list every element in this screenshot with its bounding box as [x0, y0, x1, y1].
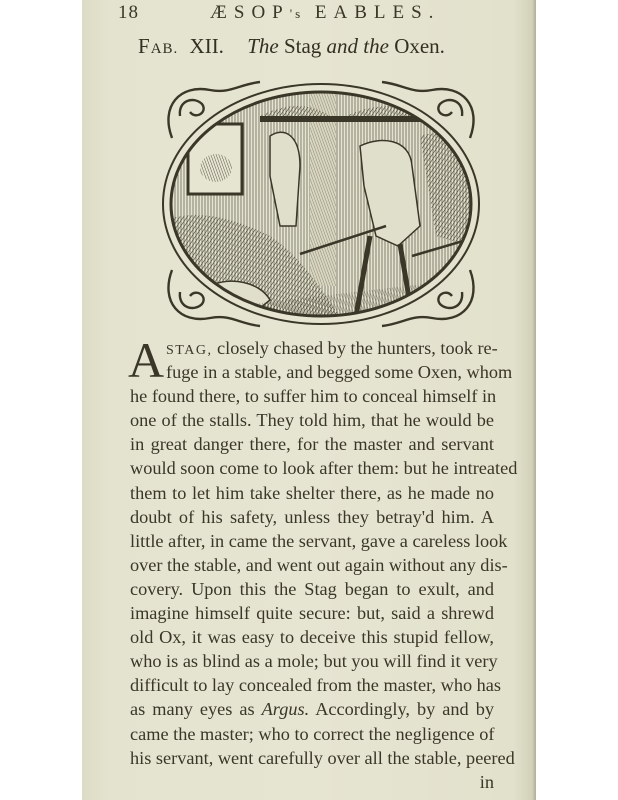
text-line: his servant, went carefully over all the… — [130, 746, 494, 770]
drop-cap: A — [128, 338, 164, 382]
text-line: fuge in a stable, and begged some Oxen, … — [130, 360, 494, 384]
small-caps-word: STAG, — [166, 343, 212, 358]
text-line: in great danger there, for the master an… — [130, 432, 494, 456]
text-line: came the master; who to correct the negl… — [130, 722, 494, 746]
text-line: difficult to lay concealed from the mast… — [130, 673, 494, 697]
book-page: 18 ÆSOP's EABLES. FAB. XII. The Stag and… — [82, 0, 536, 800]
fable-label: FAB. — [138, 34, 178, 58]
fable-title: FAB. XII. The Stag and the Oxen. — [138, 34, 516, 62]
text-line: one of the stalls. They told him, that h… — [130, 408, 494, 432]
catchword: in — [130, 772, 494, 793]
text-line: as many eyes as Argus. Accordingly, by a… — [130, 697, 494, 721]
text-line: doubt of his safety, unless they betray'… — [130, 505, 494, 529]
text-line: who is as blind as a mole; but you will … — [130, 649, 494, 673]
text-line: he found there, to suffer him to conceal… — [130, 384, 494, 408]
text-line: STAG, closely chased by the hunters, too… — [130, 336, 494, 360]
text-line: imagine himself quite secure: but, said … — [130, 601, 494, 625]
fable-body-text: A STAG, closely chased by the hunters, t… — [130, 336, 494, 770]
text-line: them to let him take shelter there, as h… — [130, 481, 494, 505]
text-line: little after, in came the servant, gave … — [130, 529, 494, 553]
engraving-image — [150, 76, 492, 332]
fable-number: XII. — [190, 34, 224, 58]
woodcut-illustration — [150, 76, 492, 332]
running-head-title: ÆSOP's EABLES. — [210, 2, 440, 24]
text-line: covery. Upon this the Stag began to exul… — [130, 577, 494, 601]
text-line: old Ox, it was easy to deceive this stup… — [130, 625, 494, 649]
running-head: 18 ÆSOP's EABLES. — [112, 2, 506, 26]
text-line: would soon come to look after them: but … — [130, 456, 494, 480]
page-number: 18 — [118, 2, 139, 24]
italic-name: Argus. — [262, 699, 310, 719]
text-line: over the stable, and went out again with… — [130, 553, 494, 577]
